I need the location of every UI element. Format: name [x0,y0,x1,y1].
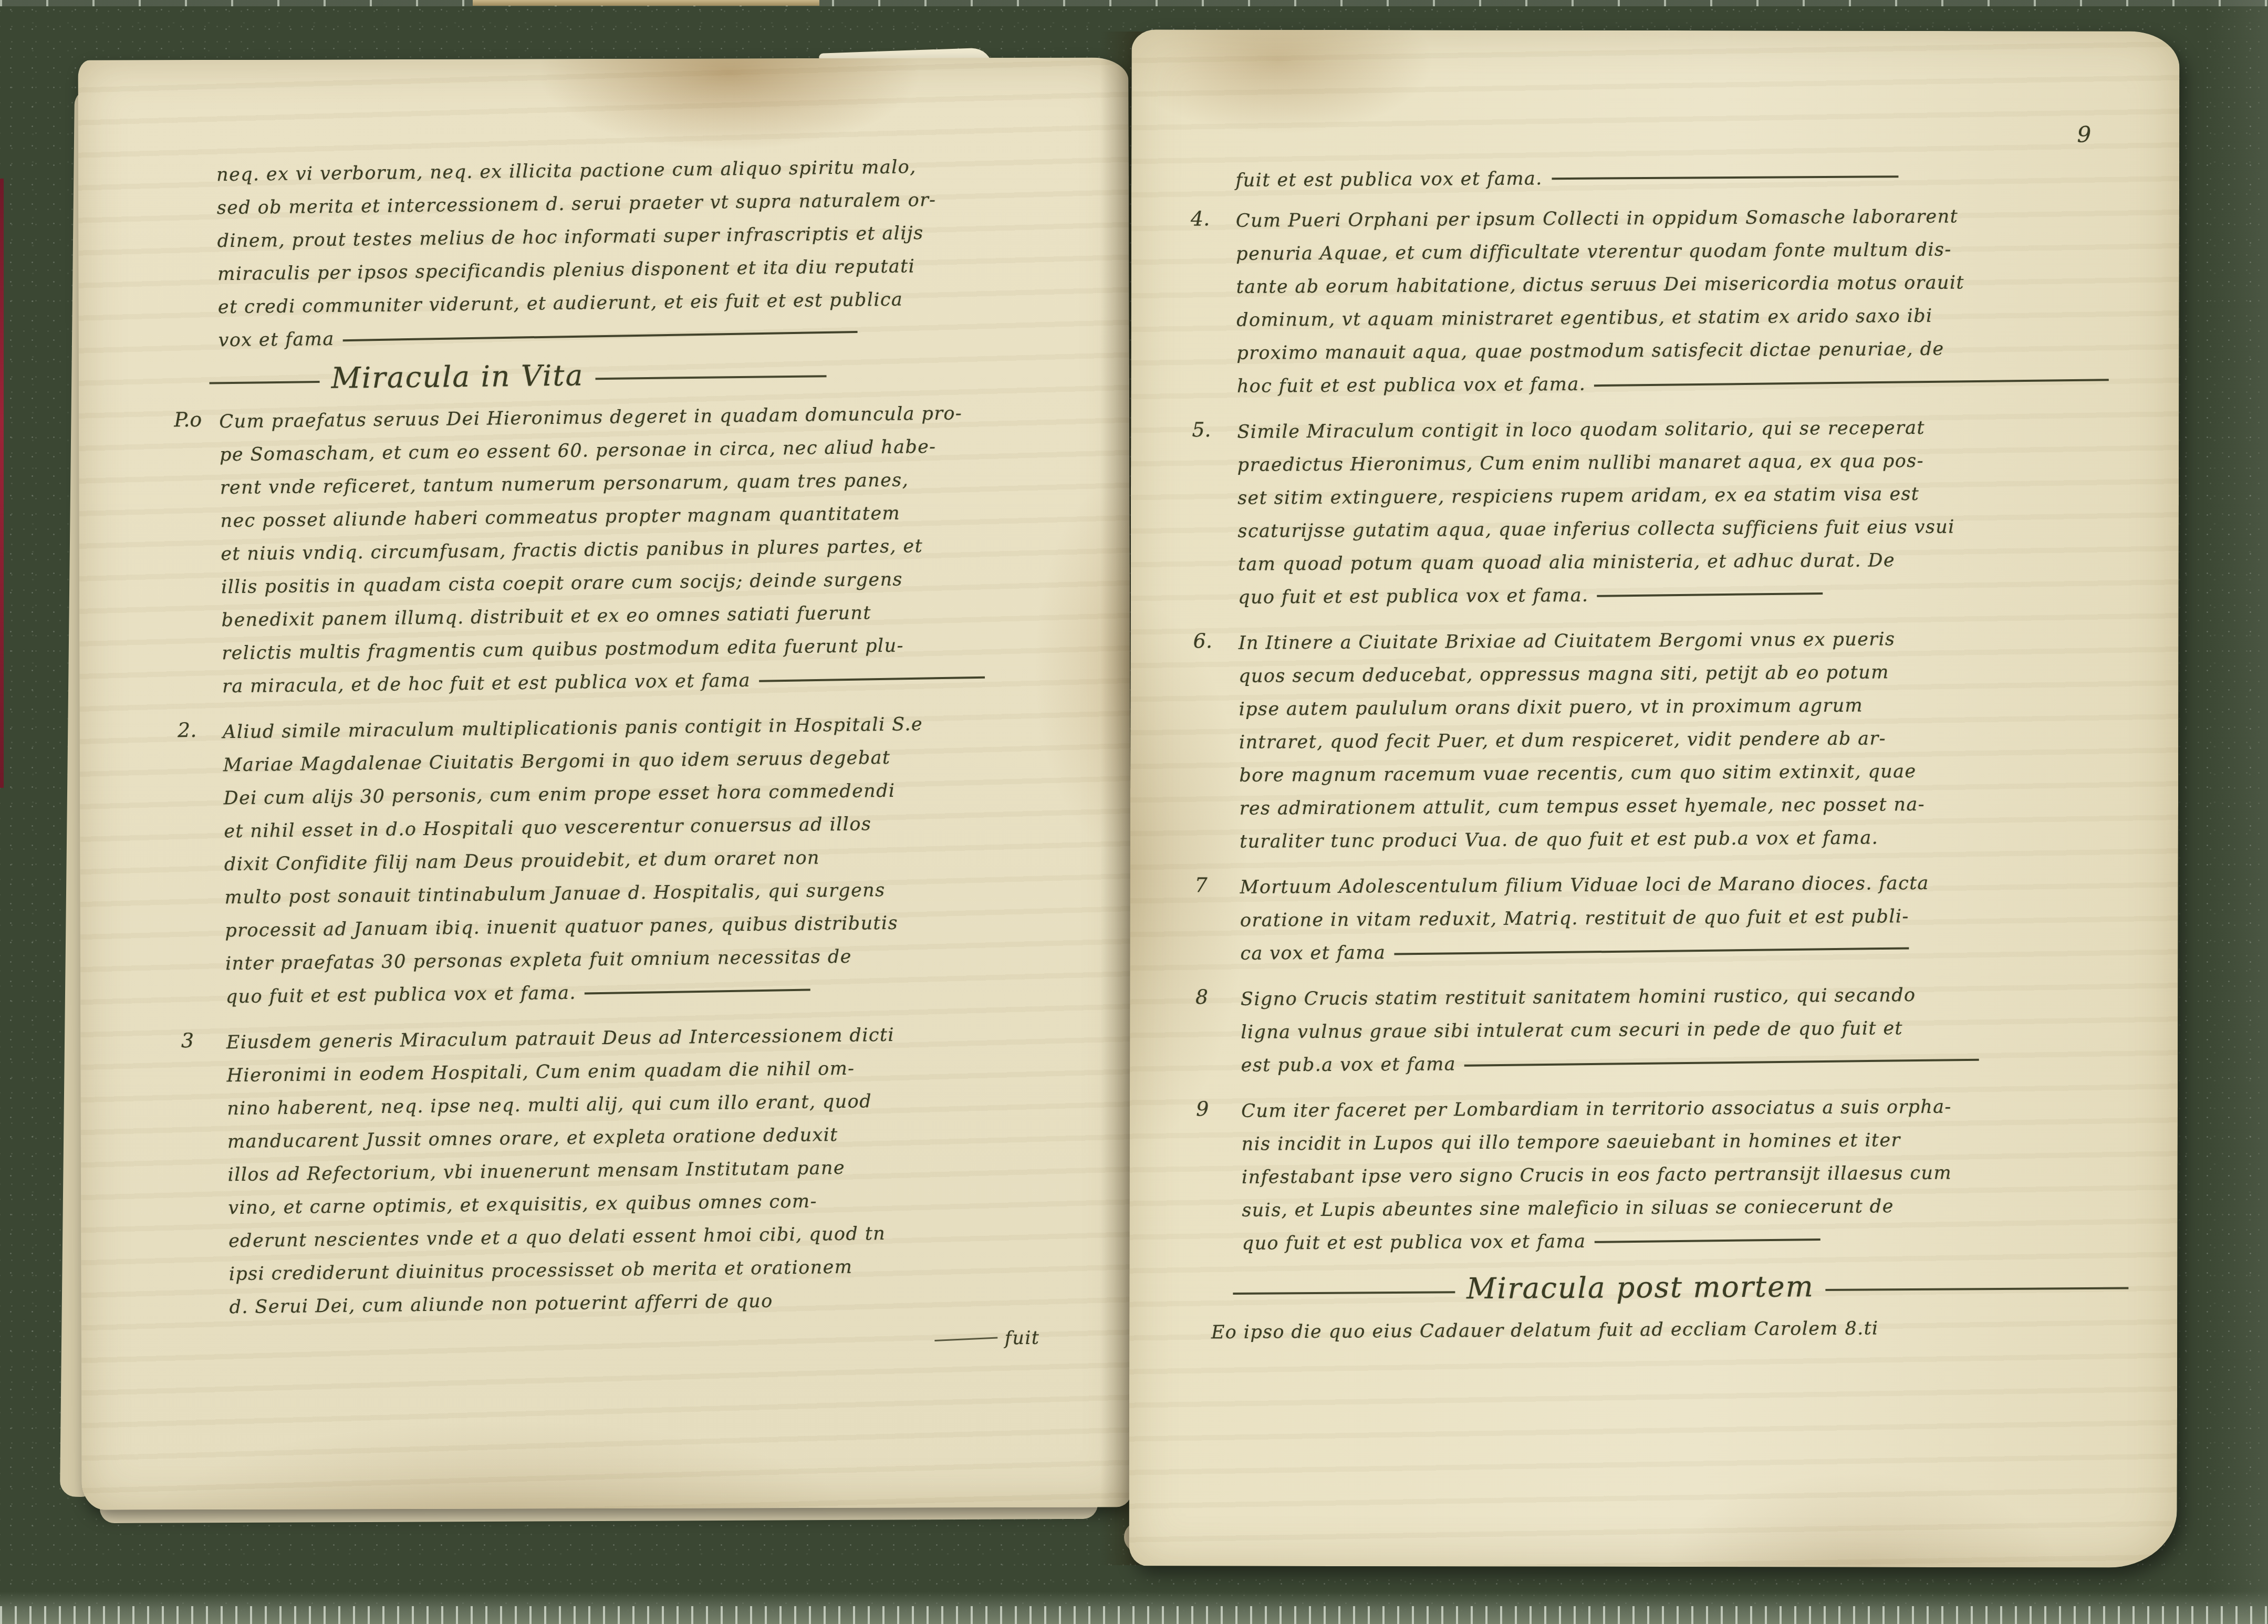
continuation-line-row: fuit et est publica vox et fama. [1235,159,2133,197]
text-line: Cum iter faceret per Lombardiam in terri… [1241,1089,2139,1128]
item-lines: Aliud simile miraculum multiplicationis … [223,706,1104,1014]
right-page-text: fuit et est publica vox et fama. 4. Cum … [1129,29,2179,1350]
item-lines: Cum praefatus seruus Dei Hieronimus dege… [219,395,1100,703]
text-line: praedictus Hieronimus, Cum enim nullibi … [1237,443,2135,482]
heading-rule-right [595,375,826,380]
intro-paragraph: neq. ex vi verborum, neq. ex illicita pa… [216,149,1097,357]
text-line: Mortuum Adolescentulum filium Viduae loc… [1240,866,2137,904]
text-line: ligna vulnus graue sibi intulerat cum se… [1241,1011,2138,1049]
text-line: res admirationem attulit, cum tempus ess… [1240,787,2137,825]
text-line: quo fuit et est publica vox et fama. [1238,576,2136,614]
item-lines: In Itinere a Ciuitate Brixiae ad Ciuitat… [1239,621,2138,858]
heading-rule-right [1826,1287,2129,1292]
item-number: 7 [1195,873,1208,897]
item-number: 6. [1193,629,1213,652]
miracle-item-5: 5. Simile Miraculum contigit in loco quo… [1237,410,2136,614]
item-number: 9 [1196,1097,1209,1120]
text-line: nis incidit in Lupos qui illo tempore sa… [1241,1122,2139,1161]
miracle-item-8: 8 Signo Crucis statim restituit sanitate… [1241,977,2139,1082]
text-line: dominum, vt aquam ministraret egentibus,… [1236,298,2134,337]
closing-line: Eo ipso die quo eius Cadauer delatum fui… [1211,1310,2140,1349]
heading-text: Miracula post mortem [1466,1269,1814,1305]
miracle-item-2: 2. Aliud simile miraculum multiplication… [223,706,1104,1014]
text-line: In Itinere a Ciuitate Brixiae ad Ciuitat… [1239,621,2136,660]
text-line: set sitim extinguere, respiciens rupem a… [1237,476,2135,515]
text-line: Signo Crucis statim restituit sanitatem … [1241,977,2138,1016]
text-line: tante ab eorum habitatione, dictus seruu… [1236,265,2134,304]
heading-text: Miracula in Vita [331,358,584,394]
item-lines: Cum iter faceret per Lombardiam in terri… [1241,1089,2140,1260]
text-line: ipse autem paululum orans dixit puero, v… [1239,688,2136,726]
manuscript-left-page: neq. ex vi verborum, neq. ex illicita pa… [78,57,1132,1510]
item-number: 8 [1195,985,1208,1008]
text-line: scaturijsse gutatim aqua, quae inferius … [1237,509,2135,548]
ruler-bottom-edge [0,1591,2268,1624]
miracle-item-3: 3 Eiusdem generis Miraculum patrauit Deu… [226,1016,1107,1324]
ruler-top-edge [0,0,2268,6]
text-line: suis, et Lupis abeuntes sine maleficio i… [1242,1189,2139,1227]
scan-light-edge [2205,0,2268,1624]
item-lines: Cum Pueri Orphani per ipsum Collecti in … [1236,199,2135,403]
heading-rule-left [1233,1291,1455,1295]
continuation-line: fuit et est publica vox et fama. [1235,166,1899,191]
item-lines: Mortuum Adolescentulum filium Viduae loc… [1240,866,2138,970]
miracle-item-6: 6. In Itinere a Ciuitate Brixiae ad Ciui… [1239,621,2138,858]
text-line: tam quoad potum quam quoad alia minister… [1238,543,2136,581]
text-line: Simile Miraculum contigit in loco quodam… [1237,410,2135,449]
item-number: 3 [181,1029,194,1052]
item-number: 4. [1191,207,1210,230]
text-line: proximo manauit aqua, quae postmodum sat… [1236,331,2134,370]
miracle-item-7: 7 Mortuum Adolescentulum filium Viduae l… [1240,866,2138,970]
manuscript-right-page: 9 fuit et est publica vox et fama. 4. Cu… [1129,29,2179,1567]
text-line: hoc fuit et est publica vox et fama. [1237,365,2135,403]
text-line: quo fuit et est publica vox et fama [1242,1222,2140,1260]
photo-background: neq. ex vi verborum, neq. ex illicita pa… [0,0,2268,1624]
text-line: oratione in vitam reduxit, Matriq. resti… [1240,899,2138,937]
red-film-edge [0,179,4,788]
text-line: quos secum deducebat, oppressus magna si… [1239,654,2136,693]
miracle-item-1: P.o Cum praefatus seruus Dei Hieronimus … [219,395,1100,703]
left-page-text: neq. ex vi verborum, neq. ex illicita pa… [78,57,1132,1359]
text-line: Cum Pueri Orphani per ipsum Collecti in … [1236,199,2134,237]
miracle-item-9: 9 Cum iter faceret per Lombardiam in ter… [1241,1089,2140,1260]
intro-lines: neq. ex vi verborum, neq. ex illicita pa… [216,149,1097,357]
text-line: penuria Aquae, et cum difficultate vtere… [1236,232,2134,270]
section-heading-post-mortem: Miracula post mortem [1221,1267,2140,1307]
text-line: est pub.a vox et fama [1241,1044,2139,1082]
text-line: turaliter tunc produci Vua. de quo fuit … [1240,820,2137,858]
item-lines: Signo Crucis statim restituit sanitatem … [1241,977,2139,1082]
text-line: ca vox et fama [1240,932,2138,970]
text-line: bore magnum racemum vuae recentis, cum q… [1239,754,2137,792]
item-lines: Eiusdem generis Miraculum patrauit Deus … [226,1016,1107,1324]
item-number: P.o [174,408,202,432]
section-heading-in-vita: Miracula in Vita [197,352,1097,396]
catchword-row: fuit [230,1327,1108,1358]
item-lines: Simile Miraculum contigit in loco quodam… [1237,410,2136,614]
item-number: 5. [1192,418,1211,441]
ruler-wood-edge [473,0,819,6]
catchword: fuit [934,1328,1040,1350]
item-number: 2. [178,719,197,742]
text-line: intraret, quod fecit Puer, et dum respic… [1239,721,2137,759]
miracle-item-4: 4. Cum Pueri Orphani per ipsum Collecti … [1236,199,2135,403]
text-line: infestabant ipse vero signo Crucis in eo… [1242,1155,2139,1194]
heading-rule-left [210,381,320,384]
